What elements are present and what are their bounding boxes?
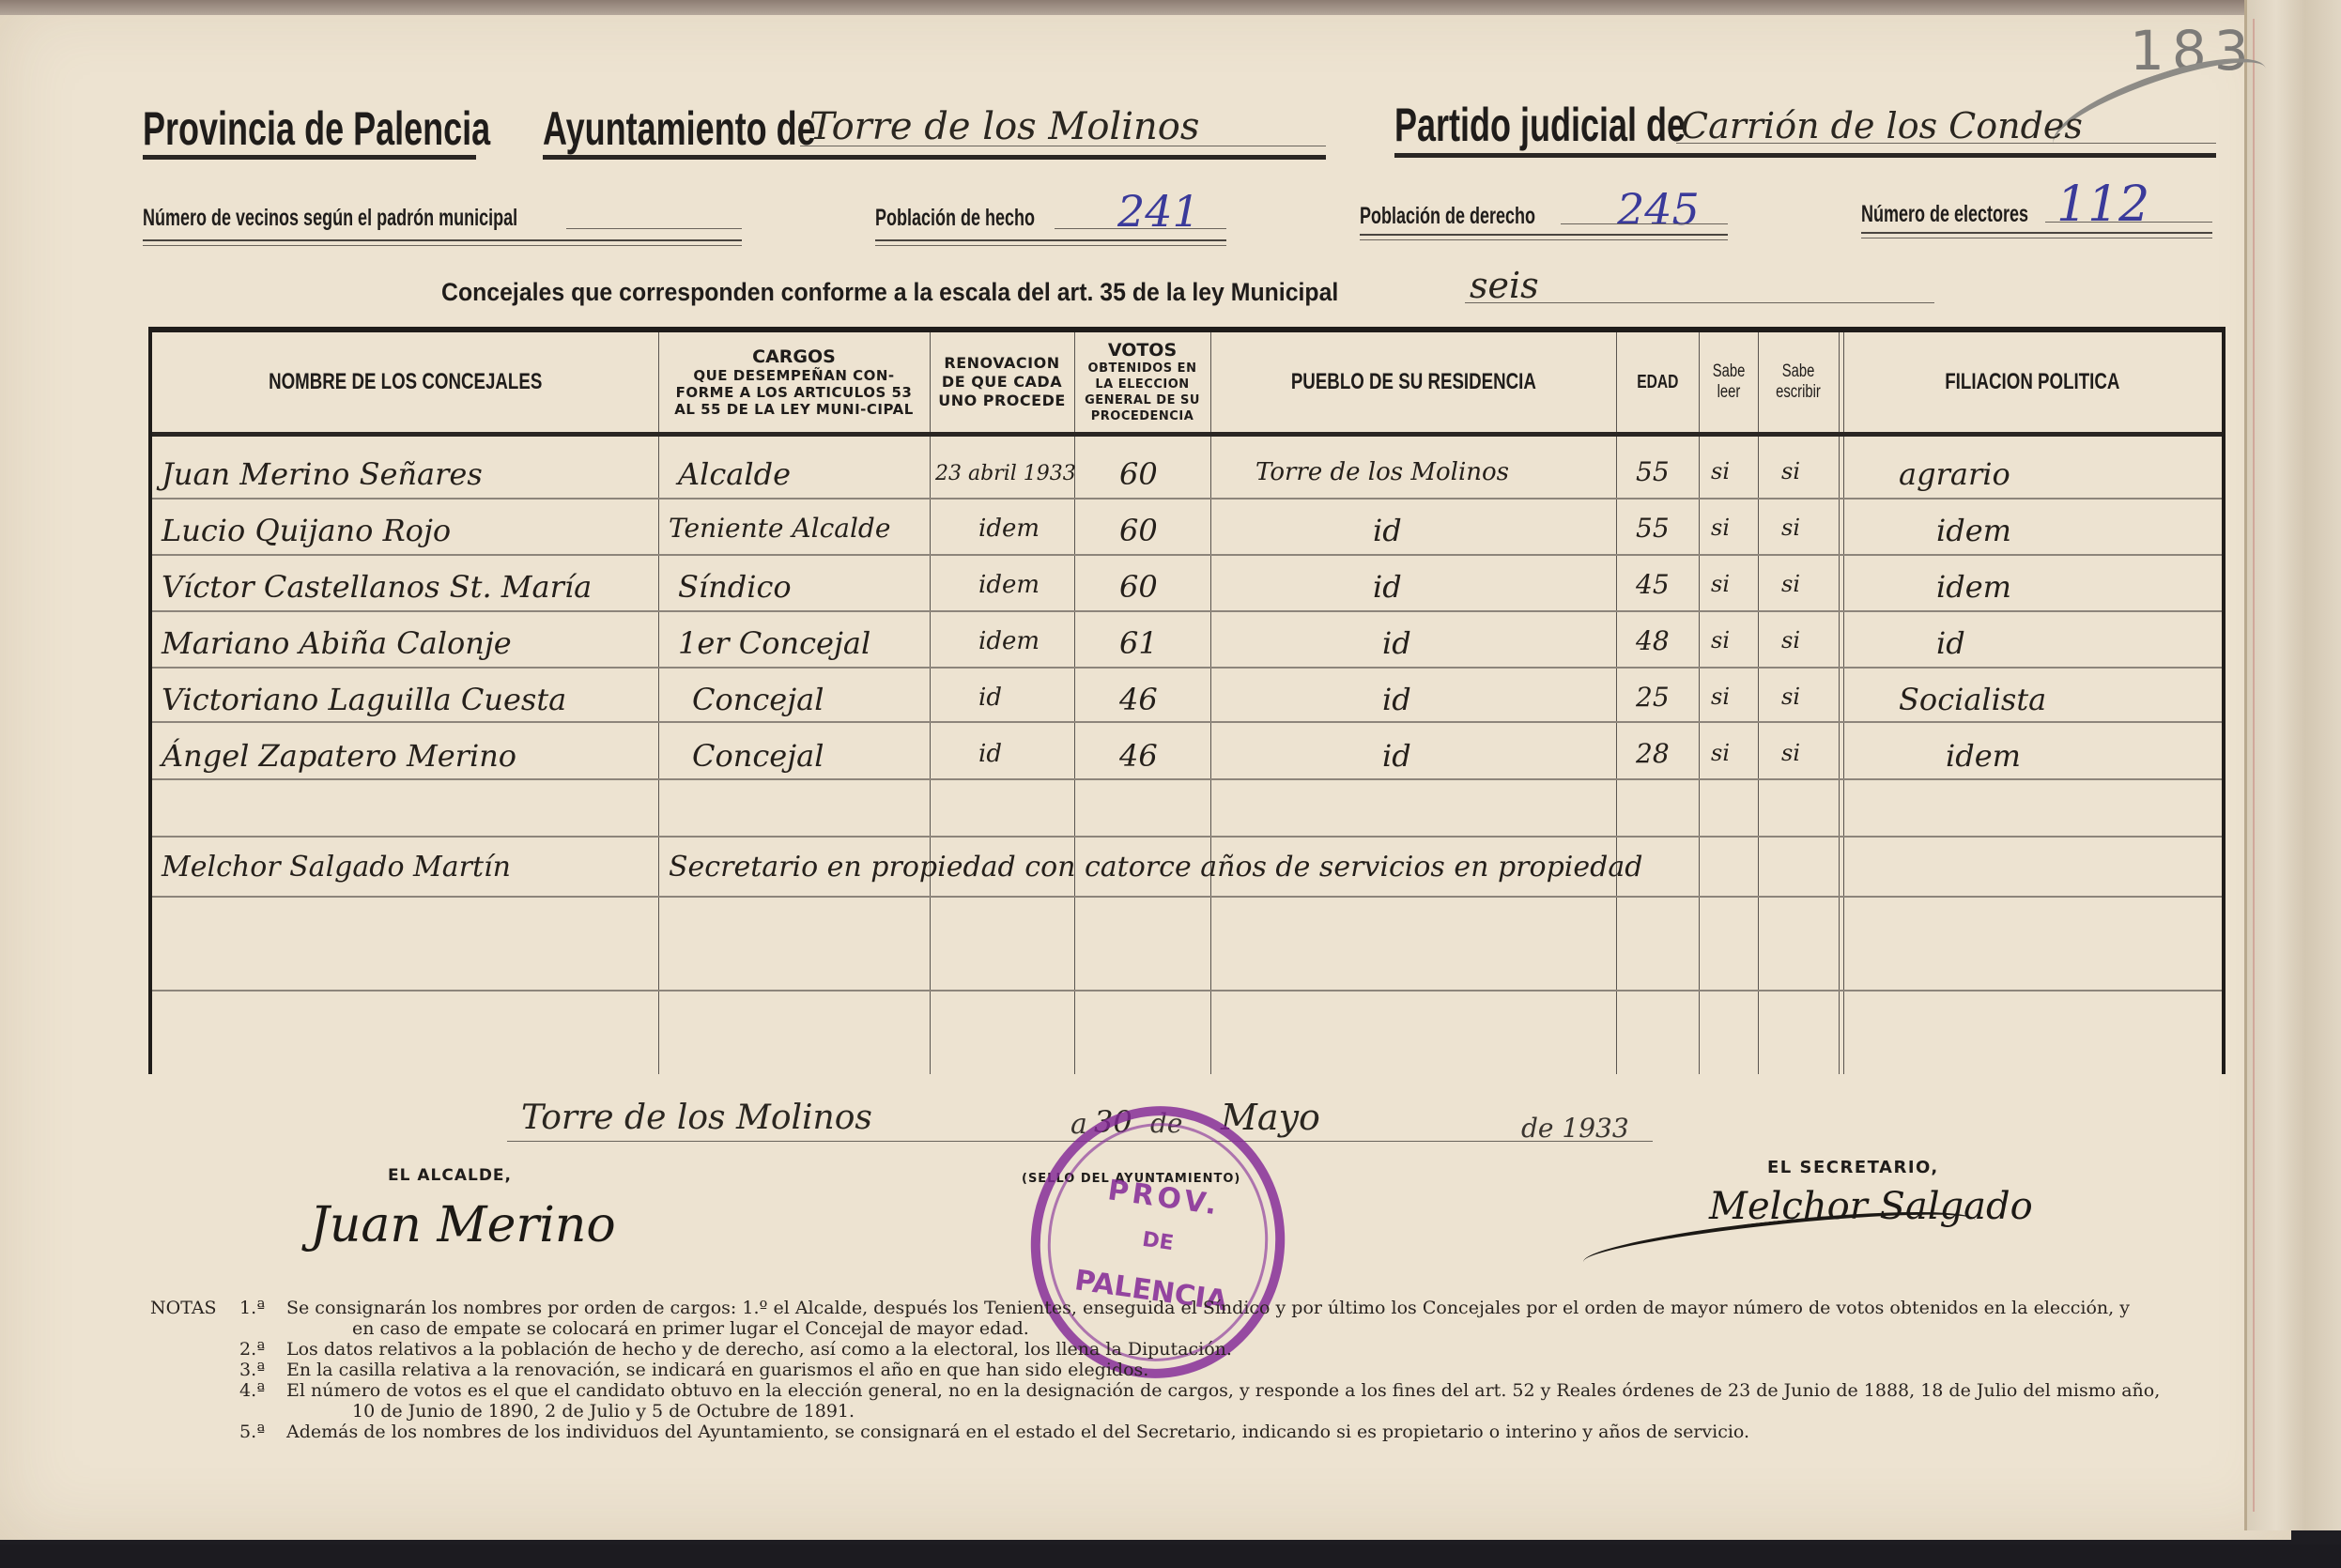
ayuntamiento-fill-line — [800, 146, 1326, 146]
book-cover-bottom — [0, 1545, 2341, 1568]
electores-fill-line — [2045, 222, 2212, 223]
col-divider — [1074, 332, 1075, 1074]
dateline-year: de 1933 — [1521, 1113, 1629, 1144]
header-filiacion: FILIACION POLITICA — [1842, 332, 2222, 432]
col-divider — [930, 332, 931, 1074]
dateline-month: Mayo — [1221, 1097, 1320, 1138]
derecho-value: 245 — [1617, 184, 1700, 235]
row-line — [152, 836, 2222, 838]
vecinos-fill-line — [566, 228, 742, 229]
row-line — [152, 721, 2222, 723]
hecho-rule-1 — [875, 239, 1226, 241]
note-1: Se consignarán los nombres por orden de … — [286, 1298, 2130, 1318]
row-line — [152, 554, 2222, 556]
col-divider — [1210, 332, 1211, 1074]
note-5: Además de los nombres de los individuos … — [286, 1422, 1749, 1442]
binding-top-edge — [0, 0, 2341, 15]
row-line — [152, 990, 2222, 992]
col-divider — [658, 332, 659, 1074]
hecho-rule-2 — [875, 245, 1226, 246]
ayuntamiento-value: Torre de los Molinos — [809, 105, 1199, 148]
partido-value: Carrión de los Condes — [1681, 105, 2083, 146]
concejales-table: NOMBRE DE LOS CONCEJALES CARGOS QUE DESE… — [148, 327, 2225, 1074]
electores-value: 112 — [2056, 177, 2149, 233]
row-line — [152, 610, 2222, 612]
concejales-label: Concejales que corresponden conforme a l… — [441, 278, 1416, 307]
ayuntamiento-underline — [543, 155, 1326, 160]
header-cargos: CARGOS QUE DESEMPEÑAN CON-FORME A LOS AR… — [658, 332, 930, 432]
header-pueblo: PUEBLO DE SU RESIDENCIA — [1210, 332, 1616, 432]
concejales-fill-line — [1465, 302, 1934, 303]
note-2: Los datos relativos a la población de he… — [286, 1339, 1232, 1360]
hecho-fill-line — [1055, 228, 1226, 229]
header-separator — [152, 432, 2222, 437]
notes-label: NOTAS — [150, 1298, 217, 1318]
electores-rule-1 — [1861, 232, 2212, 234]
header-votos: VOTOS OBTENIDOS EN LA ELECCION GENERAL D… — [1074, 332, 1210, 432]
vecinos-rule-1 — [143, 239, 742, 241]
partido-fill-line — [1676, 143, 2216, 144]
col-divider — [1758, 332, 1759, 1074]
provincia-underline — [143, 155, 476, 160]
book-page-edges — [2244, 0, 2341, 1530]
secretario-label: EL SECRETARIO, — [1767, 1158, 1939, 1177]
header-edad: EDAD — [1616, 332, 1699, 432]
row-line — [152, 498, 2222, 500]
note-3: En la casilla relativa a la renovación, … — [286, 1360, 1148, 1380]
derecho-label: Población de derecho — [1360, 203, 1604, 230]
derecho-fill-line — [1561, 223, 1728, 224]
row-line — [152, 667, 2222, 669]
header-escribir: Sabe escribir — [1758, 332, 1839, 432]
row-line — [152, 778, 2222, 780]
note-4: El número de votos es el que el candidat… — [286, 1380, 2160, 1401]
derecho-rule-2 — [1360, 239, 1728, 240]
header-nombre: NOMBRE DE LOS CONCEJALES — [152, 332, 658, 432]
derecho-rule-1 — [1360, 234, 1728, 236]
partido-underline — [1394, 153, 2216, 158]
alcalde-label: EL ALCALDE, — [388, 1166, 512, 1185]
dateline-place: Torre de los Molinos — [521, 1099, 872, 1137]
col-divider — [1839, 332, 1844, 1074]
header-leer: Sabe leer — [1699, 332, 1758, 432]
concejales-value: seis — [1470, 265, 1539, 306]
col-divider — [1616, 332, 1617, 1074]
electores-rule-2 — [1861, 238, 2212, 238]
col-divider — [1699, 332, 1700, 1074]
alcalde-signature: Juan Merino — [310, 1197, 616, 1253]
header-renovacion: RENOVACION DE QUE CADA UNO PROCEDE — [930, 332, 1074, 432]
row-line — [152, 896, 2222, 898]
vecinos-rule-2 — [143, 245, 742, 246]
